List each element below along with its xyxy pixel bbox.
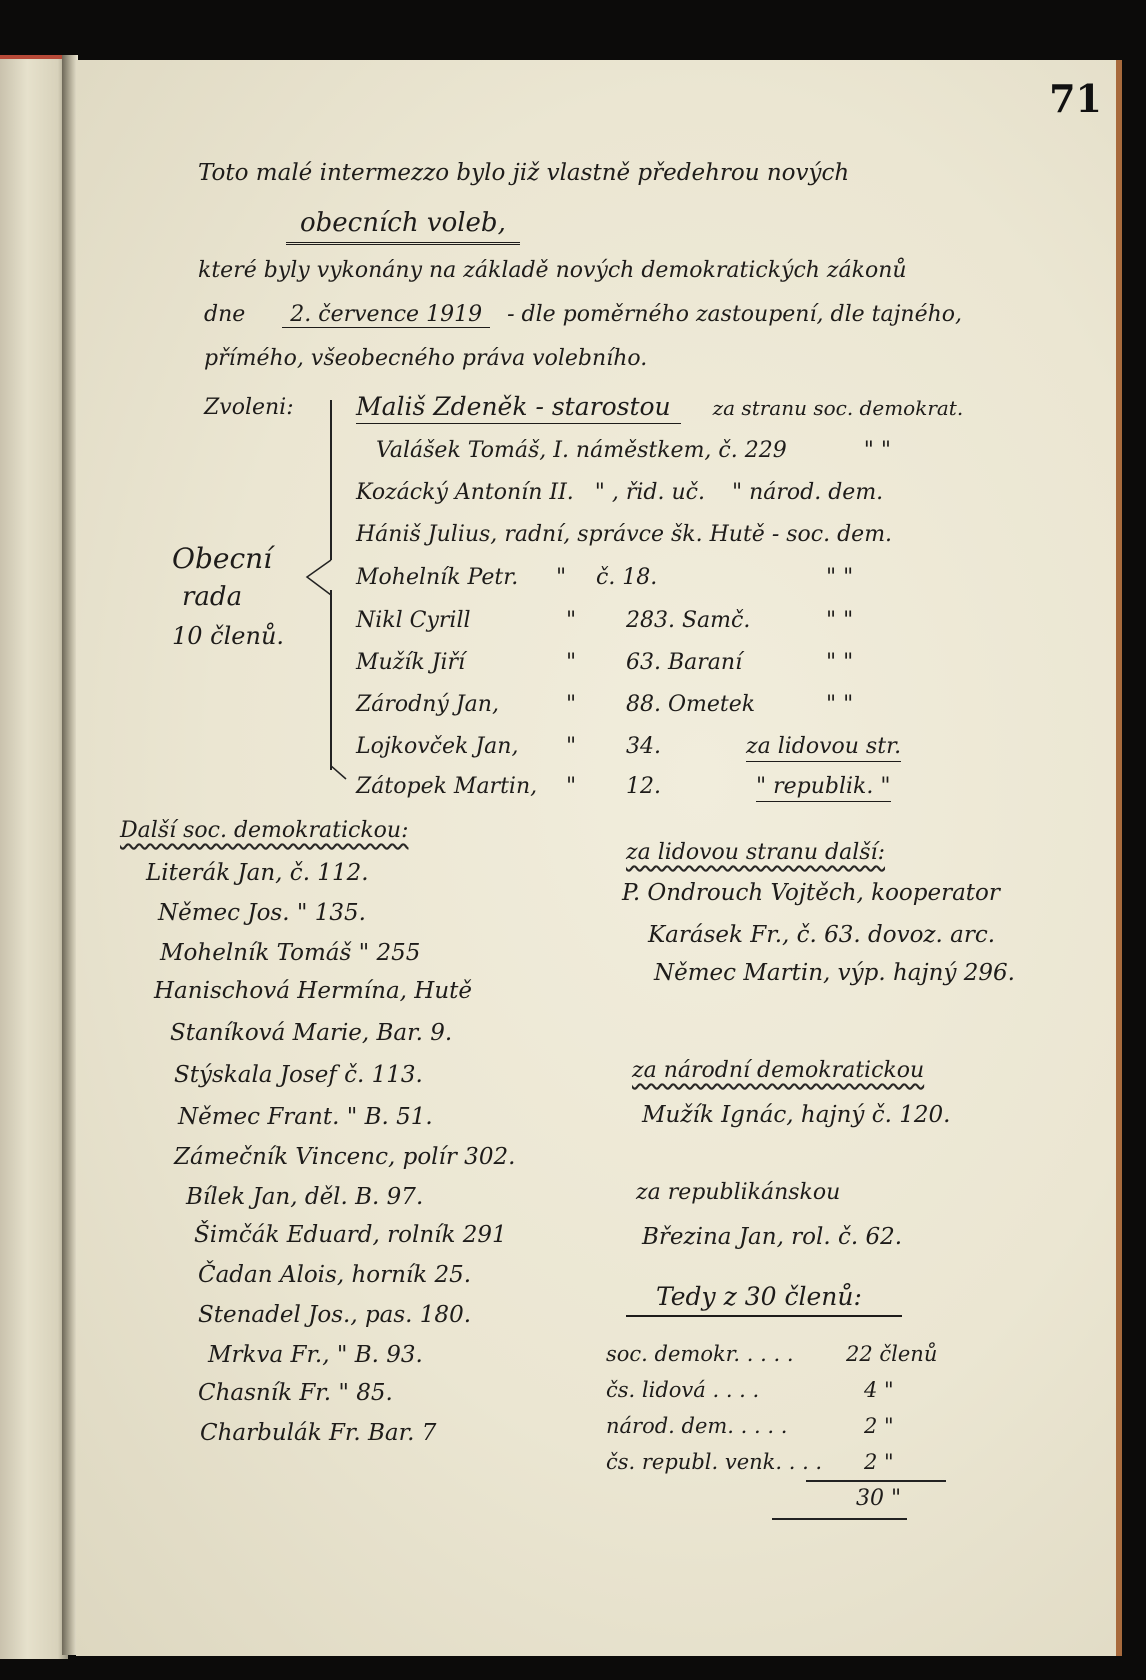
member-party: - soc. dem. [772,522,892,547]
council-member: Mužík Jiří"63. Baraní" " [356,650,853,675]
list-item: Mužík Ignác, hajný č. 120. [642,1102,950,1128]
list-item: Mrkva Fr., " B. 93. [208,1342,423,1368]
member-name: Valášek Tomáš, [376,438,546,463]
list-item: Chasník Fr. " 85. [198,1380,393,1406]
list-item: Literák Jan, č. 112. [146,860,369,886]
list-item: Hanischová Hermína, Hutě [154,978,472,1004]
ledger-page: 71 Toto malé intermezzo bylo již vlastně… [76,60,1119,1656]
summary-row: čs. lidová . . . .4 " [606,1378,894,1402]
summary-party: soc. demokr. . . . . [606,1342,846,1366]
summary-count: 2 " [864,1414,894,1438]
council-member: Kozácký Antonín II. " , řid. uč. " národ… [356,480,883,505]
brace-end [330,765,350,785]
member-role: " [595,480,605,505]
page-edge [1116,60,1122,1656]
list-item: Stýskala Josef č. 113. [174,1062,423,1088]
member-name: Mališ Zdeněk - starostou [356,392,681,424]
list-item: Zámečník Vincenc, polír 302. [174,1144,515,1170]
brace-lower [330,590,332,770]
list-item: Čadan Alois, horník 25. [198,1262,471,1288]
list-item: Němec Frant. " B. 51. [178,1104,433,1130]
intro-line-1: Toto malé intermezzo bylo již vlastně př… [198,160,849,186]
council-member: Zátopek Martin,"12." republik. " [356,774,891,799]
council-member: Lojkovček Jan,"34.za lidovou str. [356,734,901,759]
council-member: Nikl Cyrill"283. Samč." " [356,608,853,633]
list-item: Němec Jos. " 135. [158,900,366,926]
list-item: Březina Jan, rol. č. 62. [642,1224,902,1250]
council-label-2: rada [182,582,242,612]
summary-heading: Tedy z 30 členů: [626,1282,902,1317]
intro-line-2: které byly vykonány na základě nových de… [198,258,907,283]
council-member: Valášek Tomáš, I. náměstkem, č. 229 " " [376,438,891,463]
list-item: Mohelník Tomáš " 255 [160,940,420,966]
summary-count: 2 " [864,1450,894,1474]
elected-label: Zvoleni: [204,395,294,420]
narodni-heading: za národní demokratickou [632,1058,924,1083]
list-item: Bílek Jan, děl. B. 97. [186,1184,423,1210]
member-name: Hániš Julius, [356,522,497,547]
intro-line-3: dne 2. července 1919 - dle poměrného zas… [204,302,962,327]
left-page-edge [0,55,68,1659]
summary-party: čs. republ. venk. . . . [606,1450,864,1474]
summary-total: 30 " [856,1486,901,1511]
summary-row: národ. dem. . . . .2 " [606,1414,894,1438]
sum-line [806,1480,946,1482]
member-party: za stranu soc. demokrat. [713,396,964,420]
list-item: Charbulák Fr. Bar. 7 [200,1420,436,1446]
list-item: P. Ondrouch Vojtěch, kooperator [622,880,1000,906]
member-role: radní, [504,522,570,547]
list-item: Šimčák Eduard, rolník 291 [194,1222,507,1248]
total-underline [772,1518,907,1520]
soc-dem-heading: Další soc. demokratickou: [120,818,408,843]
brace-upper [330,400,332,560]
republikanska-heading: za republikánskou [636,1180,840,1205]
member-party: " národ. dem. [732,480,883,505]
election-date: 2. července 1919 [282,302,490,328]
member-address: , řid. uč. [612,480,705,505]
date-suffix: - dle poměrného zastoupení, dle tajného, [507,302,962,327]
summary-count: 4 " [864,1378,894,1402]
council-member: Zárodný Jan,"88. Ometek" " [356,692,853,717]
brace-point [304,555,334,600]
council-member: Mohelník Petr."č. 18." " [356,565,853,590]
summary-party: národ. dem. . . . . [606,1414,864,1438]
member-address: správce šk. Hutě [577,522,765,547]
summary-party: čs. lidová . . . . [606,1378,864,1402]
page-number: 71 [1049,76,1102,121]
council-label-3: 10 členů. [172,622,284,650]
member-name: Kozácký Antonín II. [356,480,574,505]
intro-line-4: přímého, všeobecného práva volebního. [204,346,647,371]
summary-count: 22 členů [846,1342,937,1366]
member-role: I. náměstkem, č. 229 [553,438,786,463]
member-party: " " [864,438,891,463]
summary-row: čs. republ. venk. . . .2 " [606,1450,894,1474]
lidova-heading: za lidovou stranu další: [626,840,885,865]
council-member: Mališ Zdeněk - starostou za stranu soc. … [356,392,963,421]
council-member: Hániš Julius, radní, správce šk. Hutě - … [356,522,892,547]
list-item: Staníková Marie, Bar. 9. [170,1020,452,1046]
section-heading: obecních voleb, [286,208,520,245]
council-label-1: Obecní [172,542,272,575]
list-item: Němec Martin, výp. hajný 296. [654,960,1015,986]
date-prefix: dne [204,302,245,327]
summary-row: soc. demokr. . . . .22 členů [606,1342,937,1366]
list-item: Karásek Fr., č. 63. dovoz. arc. [648,922,995,948]
list-item: Stenadel Jos., pas. 180. [198,1302,471,1328]
